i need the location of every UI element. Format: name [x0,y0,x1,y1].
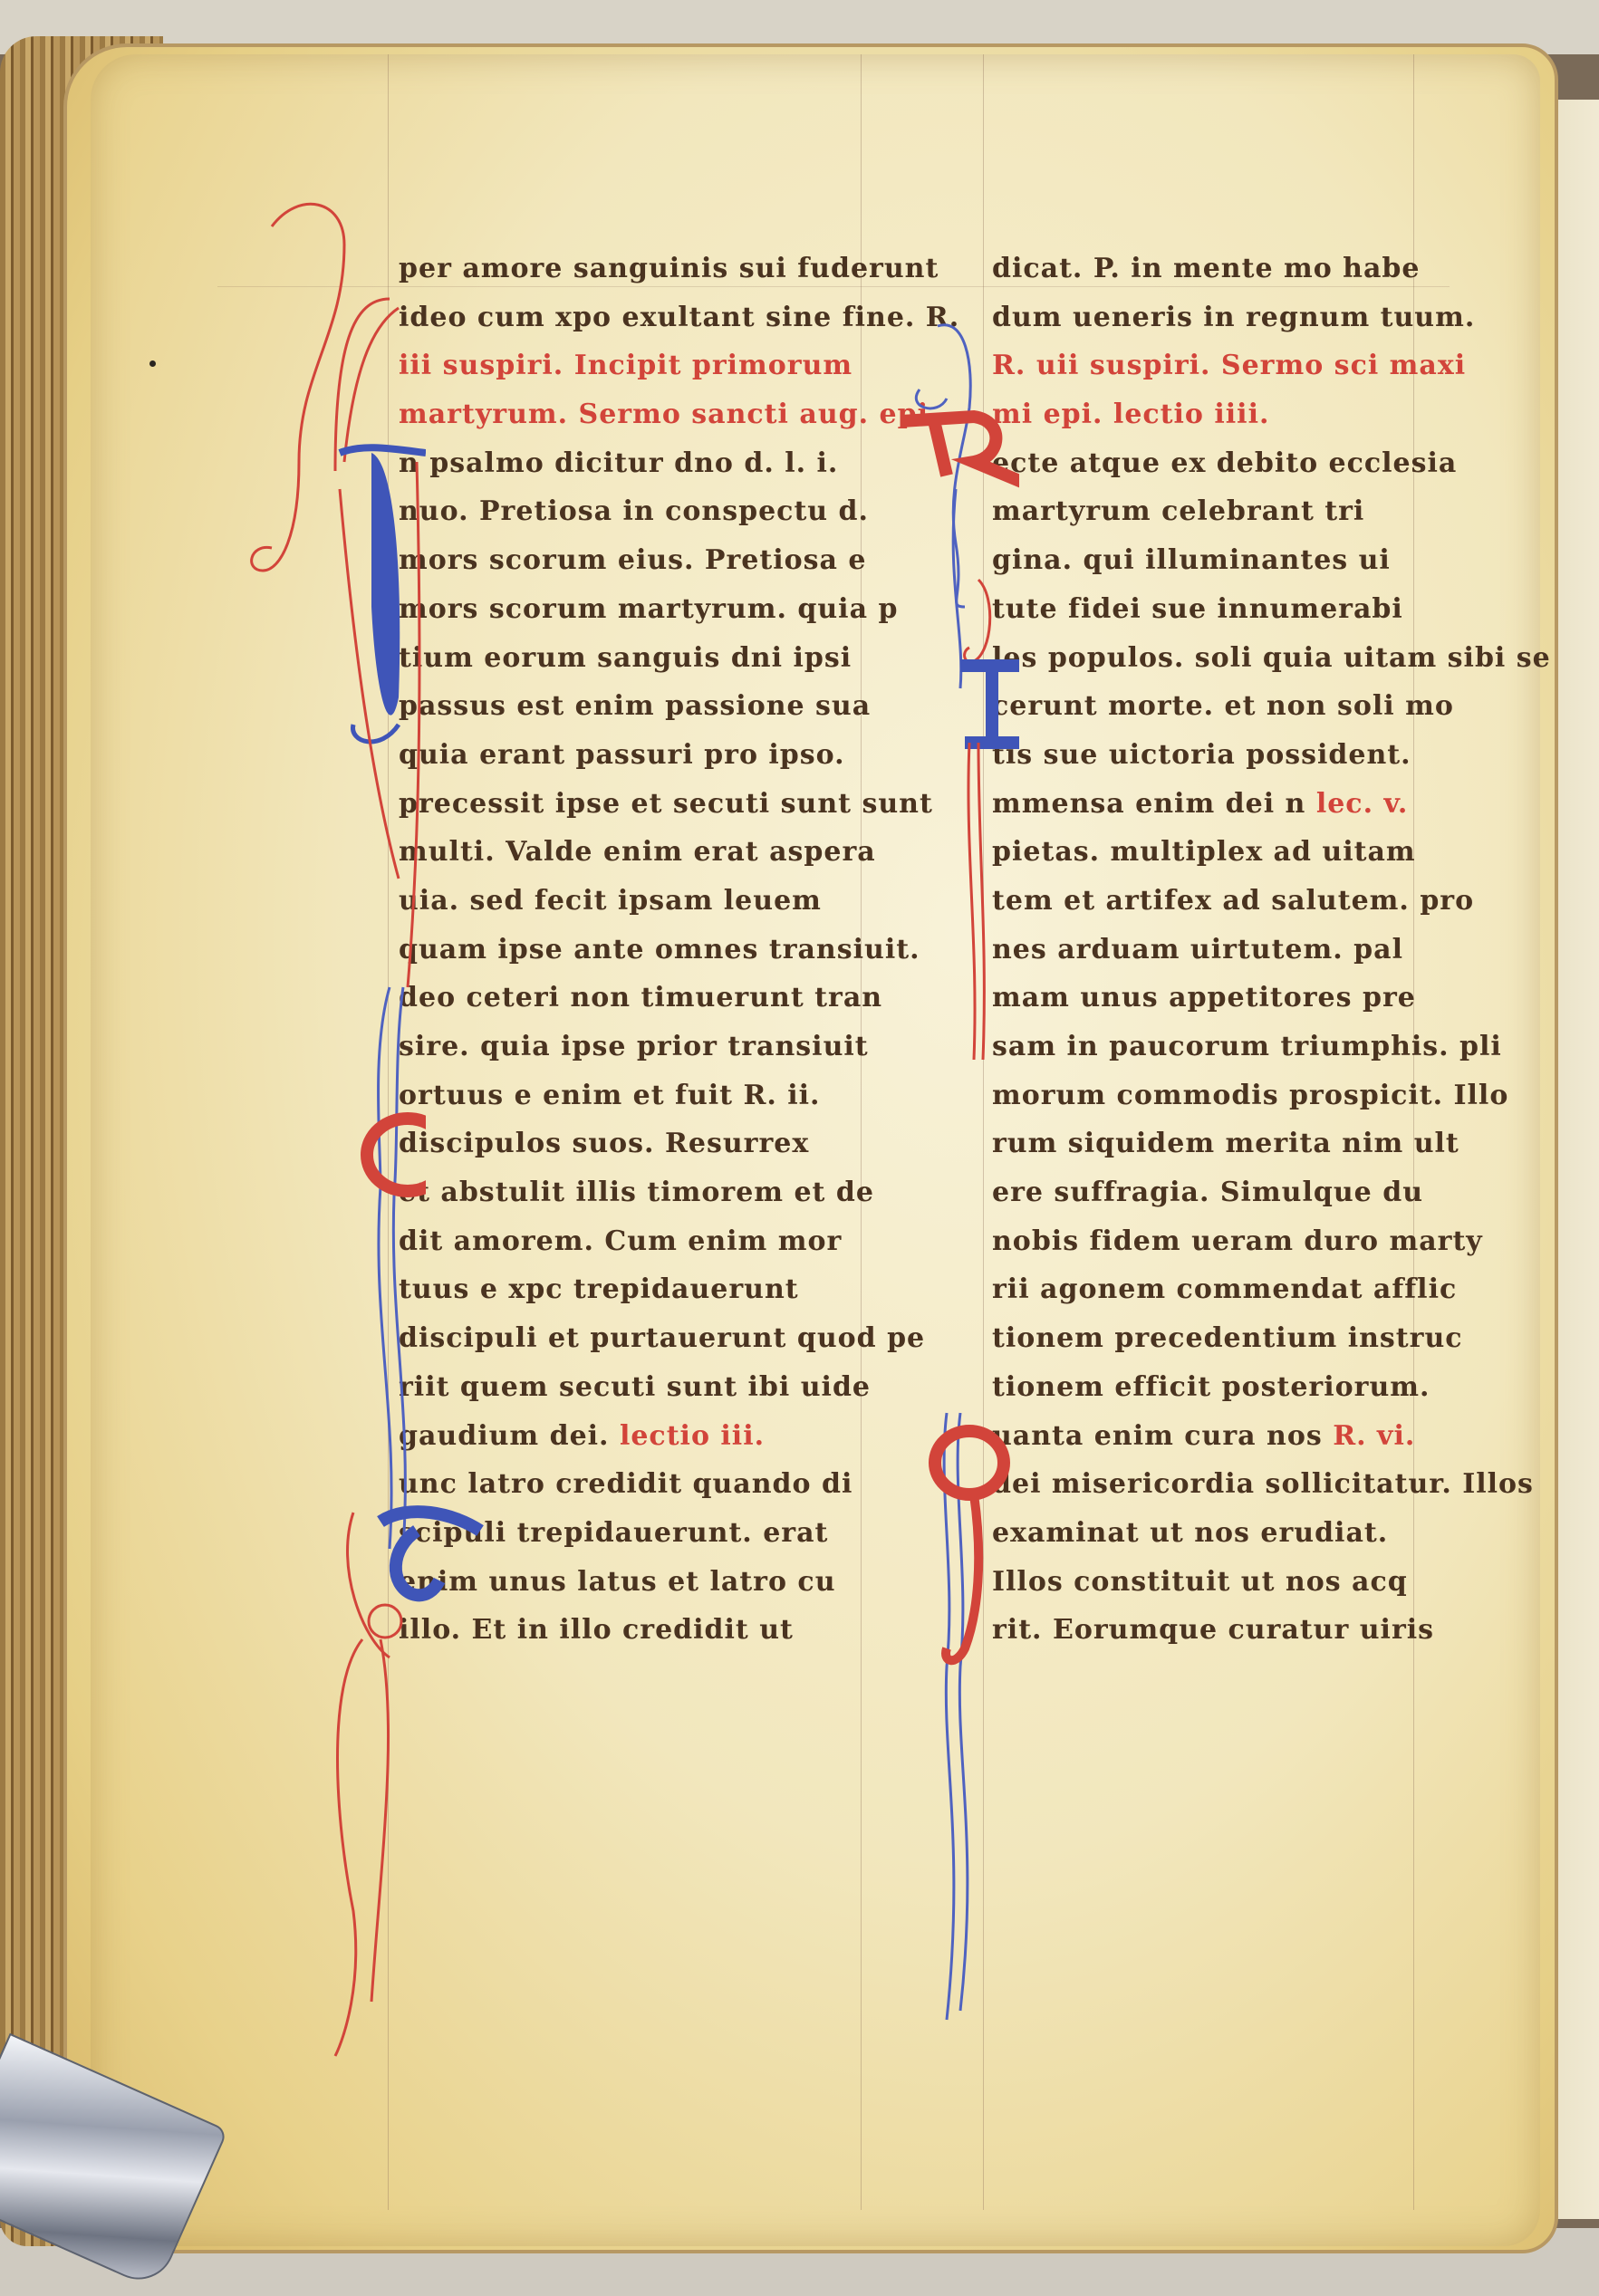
text-line: uia. sed fecit ipsam leuem [399,877,915,926]
text-line: precessit ipse et secuti sunt sunt [399,780,915,829]
text-line: et abstulit illis timorem et de [399,1168,915,1217]
text-line: dit amorem. Cum enim mor [399,1217,915,1266]
text-line: quia erant passuri pro ipso. [399,731,915,780]
text-line: riit quem secuti sunt ibi uide [399,1363,915,1412]
right-text-column: dicat. P. in mente mo habedum ueneris in… [992,245,1463,1655]
text-line: mam unus appetitores pre [992,974,1463,1023]
text-line: pietas. multiplex ad uitam [992,828,1463,877]
text-line: Illos constituit ut nos acq [992,1558,1463,1607]
text-line: quam ipse ante omnes transiuit. [399,926,915,975]
text-line: tute fidei sue innumerabi [992,585,1463,634]
text-line: deo ceteri non timuerunt tran [399,974,915,1023]
text-line: tionem efficit posteriorum. [992,1363,1463,1412]
text-line: ideo cum xpo exultant sine fine. R. [399,293,915,342]
text-line: tis sue uictoria possident. [992,731,1463,780]
text-line: mors scorum martyrum. quia p [399,585,915,634]
left-text-column: per amore sanguinis sui fuderuntideo cum… [399,245,915,1655]
text-line: les populos. soli quia uitam sibi se [992,634,1463,683]
text-line: rum siquidem merita nim ult [992,1119,1463,1168]
text-line-ink: uanta enim cura nos [992,1420,1333,1452]
text-line: examinat ut nos erudiat. [992,1509,1463,1558]
text-line: dicat. P. in mente mo habe [992,245,1463,293]
right-border-flourishes [892,308,1019,2029]
text-line: discipuli et purtauerunt quod pe [399,1314,915,1363]
text-line: R. uii suspiri. Sermo sci maxi [992,341,1463,390]
text-line: passus est enim passione sua [399,682,915,731]
initial-I-blue [371,453,400,716]
text-line: nobis fidem ueram duro marty [992,1217,1463,1266]
rubric: R. vi. [1333,1420,1415,1452]
text-line: dei misericordia sollicitatur. Illos [992,1460,1463,1509]
text-line-ink: mmensa enim dei n [992,788,1316,820]
text-line: ere suffragia. Simulque du [992,1168,1463,1217]
rubric: lectio iii. [620,1420,765,1452]
text-line: gaudium dei. lectio iii. [399,1412,915,1461]
text-line: martyrum. Sermo sancti aug. epi. [399,390,915,439]
text-line: uanta enim cura nos R. vi. [992,1412,1463,1461]
text-line: morum commodis prospicit. Illo [992,1071,1463,1120]
text-line: per amore sanguinis sui fuderunt [399,245,915,293]
text-line: n psalmo dicitur dno d. l. i. [399,439,915,488]
text-line: martyrum celebrant tri [992,487,1463,536]
text-line: tionem precedentium instruc [992,1314,1463,1363]
text-line: multi. Valde enim erat aspera [399,828,915,877]
text-line: nuo. Pretiosa in conspectu d. [399,487,915,536]
text-line: iii suspiri. Incipit primorum [399,341,915,390]
text-line: cerunt morte. et non soli mo [992,682,1463,731]
rubric: lec. v. [1316,788,1409,820]
text-line: rii agonem commendat afflic [992,1265,1463,1314]
text-line-ink: gaudium dei. [399,1420,620,1452]
text-line: ortuus e enim et fuit R. ii. [399,1071,915,1120]
text-line: sire. quia ipse prior transiuit [399,1023,915,1071]
text-line: dum ueneris in regnum tuum. [992,293,1463,342]
left-border-flourishes [245,190,426,2092]
initial-I-right-blue [960,666,1019,743]
text-line: discipulos suos. Resurrex [399,1119,915,1168]
text-line: tem et artifex ad salutem. pro [992,877,1463,926]
text-line: gina. qui illuminantes ui [992,536,1463,585]
text-line: mi epi. lectio iiii. [992,390,1463,439]
text-line: tuus e xpc trepidauerunt [399,1265,915,1314]
initial-T [362,1494,489,1621]
text-line: tium eorum sanguis dni ipsi [399,634,915,683]
text-line: rit. Eorumque curatur uiris [992,1606,1463,1655]
text-line: mmensa enim dei n lec. v. [992,780,1463,829]
text-line: nes arduam uirtutem. pal [992,926,1463,975]
text-line: mors scorum eius. Pretiosa e [399,536,915,585]
text-line: ecte atque ex debito ecclesia [992,439,1463,488]
text-line: sam in paucorum triumphis. pli [992,1023,1463,1071]
ink-spot [149,360,156,367]
